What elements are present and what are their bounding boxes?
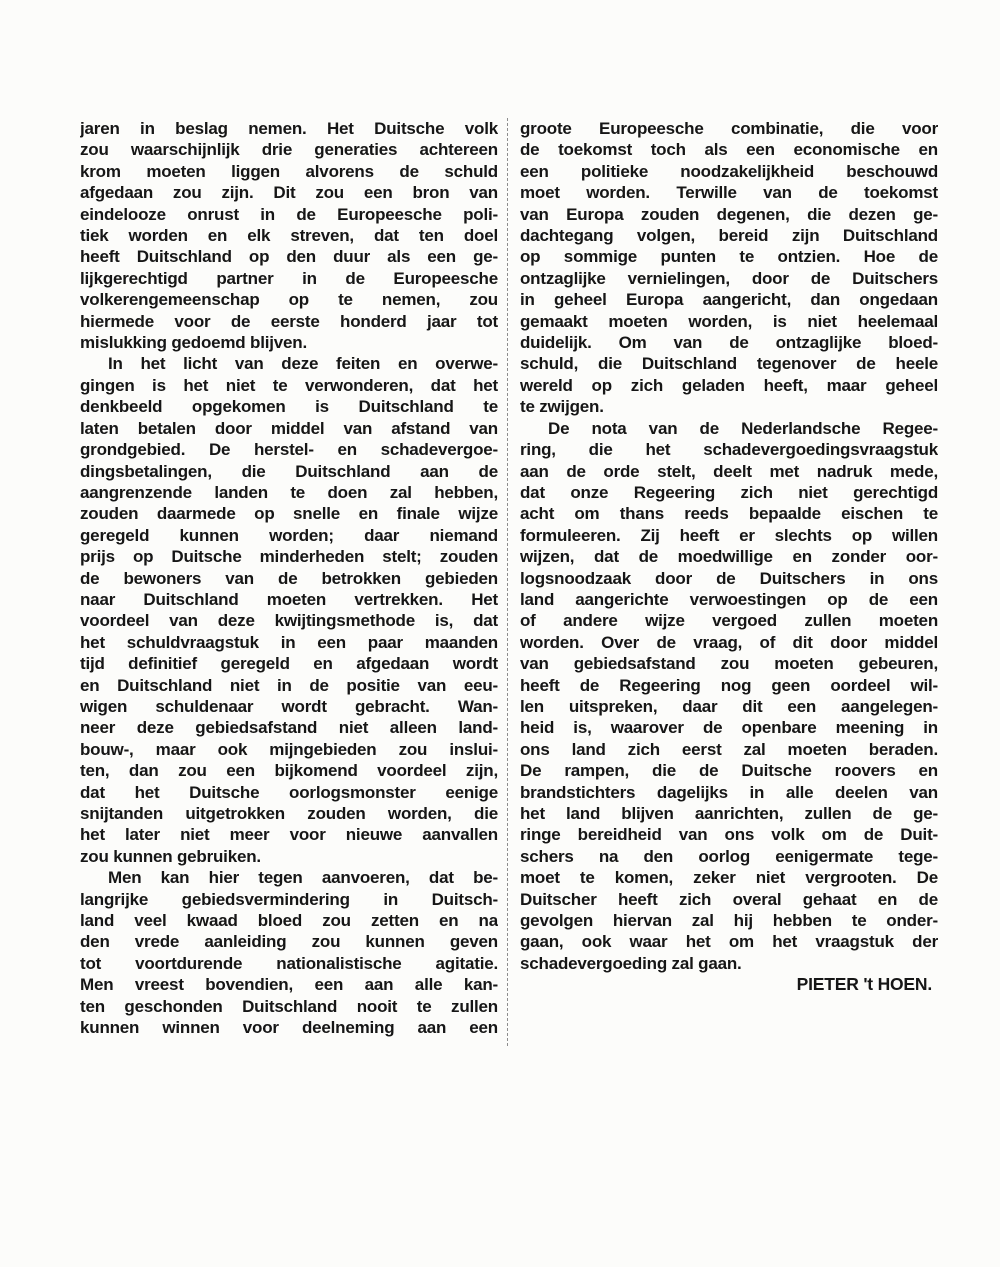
text-line: prijs op Duitsche minderheden stelt; zou… (80, 546, 498, 567)
text-line: worden. Over de vraag, of dit door midde… (520, 632, 938, 653)
paragraph: In het licht van deze feiten en overwe-g… (80, 353, 498, 867)
text-line: zou kunnen gebruiken. (80, 846, 498, 867)
text-line: dat onze Regeering zich niet gerechtigd (520, 482, 938, 503)
signature: PIETER 't HOEN. (520, 974, 938, 995)
text-line: neer deze gebiedsafstand niet alleen lan… (80, 717, 498, 738)
text-line: het schuldvraagstuk in een paar maanden (80, 632, 498, 653)
text-line: ring, die het schadevergoedingsvraagstuk (520, 439, 938, 460)
right-column: groote Europeesche combinatie, die voord… (520, 118, 938, 996)
text-line: denkbeeld opgekomen is Duitschland te (80, 396, 498, 417)
text-line: van gebiedsafstand zou moeten gebeuren, (520, 653, 938, 674)
column-divider (507, 118, 508, 1046)
text-line: De nota van de Nederlandsche Regee- (520, 418, 938, 439)
text-line: het later niet meer voor nieuwe aanvalle… (80, 824, 498, 845)
newspaper-page: jaren in beslag nemen. Het Duitsche volk… (0, 0, 1000, 1267)
text-line: Men kan hier tegen aanvoeren, dat be- (80, 867, 498, 888)
text-line: gaan, ook waar het om het vraagstuk der (520, 931, 938, 952)
text-line: aangrenzende landen te doen zal hebben, (80, 482, 498, 503)
text-line: brandstichters dagelijks in alle deelen … (520, 782, 938, 803)
text-line: kunnen winnen voor deelneming aan een (80, 1017, 498, 1038)
text-line: lijkgerechtigd partner in de Europeesche (80, 268, 498, 289)
text-line: langrijke gebiedsvermindering in Duitsch… (80, 889, 498, 910)
paragraph: Men kan hier tegen aanvoeren, dat be-lan… (80, 867, 498, 1038)
text-line: de bewoners van de betrokken gebieden (80, 568, 498, 589)
text-line: mislukking gedoemd blijven. (80, 332, 498, 353)
text-line: schadevergoeding zal gaan. (520, 953, 938, 974)
text-line: len uitspreken, daar dit een aangelegen- (520, 696, 938, 717)
text-line: te zwijgen. (520, 396, 938, 417)
text-line: duidelijk. Om van de ontzaglijke bloed- (520, 332, 938, 353)
text-line: formuleeren. Zij heeft er slechts op wil… (520, 525, 938, 546)
text-line: de toekomst toch als een economische en (520, 139, 938, 160)
text-line: tot voortdurende nationalistische agitat… (80, 953, 498, 974)
text-line: gingen is het niet te verwonderen, dat h… (80, 375, 498, 396)
text-line: groote Europeesche combinatie, die voor (520, 118, 938, 139)
text-line: heeft Duitschland op den duur als een ge… (80, 246, 498, 267)
text-line: wijzen, dat de moedwillige en zonder oor… (520, 546, 938, 567)
text-line: ringe bereidheid van ons volk om de Duit… (520, 824, 938, 845)
text-line: De rampen, die de Duitsche roovers en (520, 760, 938, 781)
text-line: eindelooze onrust in de Europeesche poli… (80, 204, 498, 225)
text-line: wereld op zich geladen heeft, maar gehee… (520, 375, 938, 396)
text-line: schers na den oorlog eenigermate tege- (520, 846, 938, 867)
text-line: land veel kwaad bloed zou zetten en na (80, 910, 498, 931)
text-line: ontzaglijke vernielingen, door de Duitsc… (520, 268, 938, 289)
text-line: zou waarschijnlijk drie generaties achte… (80, 139, 498, 160)
text-line: heid is, waarover de openbare meening in (520, 717, 938, 738)
text-line: of andere wijze vergoed zullen moeten (520, 610, 938, 631)
text-line: laten betalen door middel van afstand va… (80, 418, 498, 439)
text-line: krom moeten liggen alvorens de schuld (80, 161, 498, 182)
text-line: acht om thans reeds bepaalde eischen te (520, 503, 938, 524)
text-line: grondgebied. De herstel- en schadevergoe… (80, 439, 498, 460)
text-line: afgedaan zou zijn. Dit zou een bron van (80, 182, 498, 203)
text-line: den vrede aanleiding zou kunnen geven (80, 931, 498, 952)
paragraph: groote Europeesche combinatie, die voord… (520, 118, 938, 418)
text-line: gemaakt moeten worden, is niet heelemaal (520, 311, 938, 332)
text-line: zouden daarmede op snelle en finale wijz… (80, 503, 498, 524)
text-line: tijd definitief geregeld en afgedaan wor… (80, 653, 498, 674)
text-line: Men vreest bovendien, een aan alle kan- (80, 974, 498, 995)
text-line: ten, dan zou een bijkomend voordeel zijn… (80, 760, 498, 781)
text-line: moet te komen, zeker niet vergrooten. De (520, 867, 938, 888)
text-line: naar Duitschland moeten vertrekken. Het (80, 589, 498, 610)
text-line: dat het Duitsche oorlogsmonster eenige (80, 782, 498, 803)
text-line: bouw-, maar ook mijngebieden zou inslui- (80, 739, 498, 760)
text-line: schuld, die Duitschland tegenover de hee… (520, 353, 938, 374)
text-line: moet worden. Terwille van de toekomst (520, 182, 938, 203)
text-line: in geheel Europa aangericht, dan ongedaa… (520, 289, 938, 310)
text-line: op sommige punten te ontzien. Hoe de (520, 246, 938, 267)
text-line: wigen schuldenaar wordt gebracht. Wan- (80, 696, 498, 717)
text-line: volkerengemeenschap op te nemen, zou (80, 289, 498, 310)
text-line: een politieke noodzakelijkheid beschouwd (520, 161, 938, 182)
left-column: jaren in beslag nemen. Het Duitsche volk… (80, 118, 498, 1038)
text-line: tiek worden en elk streven, dat ten doel (80, 225, 498, 246)
text-line: aan de orde stelt, deelt met nadruk mede… (520, 461, 938, 482)
text-line: snijtanden uitgetrokken zouden worden, d… (80, 803, 498, 824)
text-line: van Europa zouden degenen, die dezen ge- (520, 204, 938, 225)
text-line: gevolgen hiervan zal hij hebben te onder… (520, 910, 938, 931)
text-line: jaren in beslag nemen. Het Duitsche volk (80, 118, 498, 139)
text-line: het land blijven aanrichten, zullen de g… (520, 803, 938, 824)
text-line: hiermede voor de eerste honderd jaar tot (80, 311, 498, 332)
text-line: dingsbetalingen, die Duitschland aan de (80, 461, 498, 482)
text-line: voordeel van deze kwijtingsmethode is, d… (80, 610, 498, 631)
text-line: Duitscher heeft zich overal gehaat en de (520, 889, 938, 910)
text-line: logsnoodzaak door de Duitschers in ons (520, 568, 938, 589)
text-line: In het licht van deze feiten en overwe- (80, 353, 498, 374)
text-line: en Duitschland niet in de positie van ee… (80, 675, 498, 696)
paragraph: jaren in beslag nemen. Het Duitsche volk… (80, 118, 498, 353)
text-line: dachtegang volgen, bereid zijn Duitschla… (520, 225, 938, 246)
text-line: ten geschonden Duitschland nooit te zull… (80, 996, 498, 1017)
text-line: geregeld kunnen worden; daar niemand (80, 525, 498, 546)
text-line: land aangerichte verwoestingen op de een (520, 589, 938, 610)
text-line: heeft de Regeering nog geen oordeel wil- (520, 675, 938, 696)
text-line: ons land zich eerst zal moeten beraden. (520, 739, 938, 760)
paragraph: De nota van de Nederlandsche Regee-ring,… (520, 418, 938, 975)
